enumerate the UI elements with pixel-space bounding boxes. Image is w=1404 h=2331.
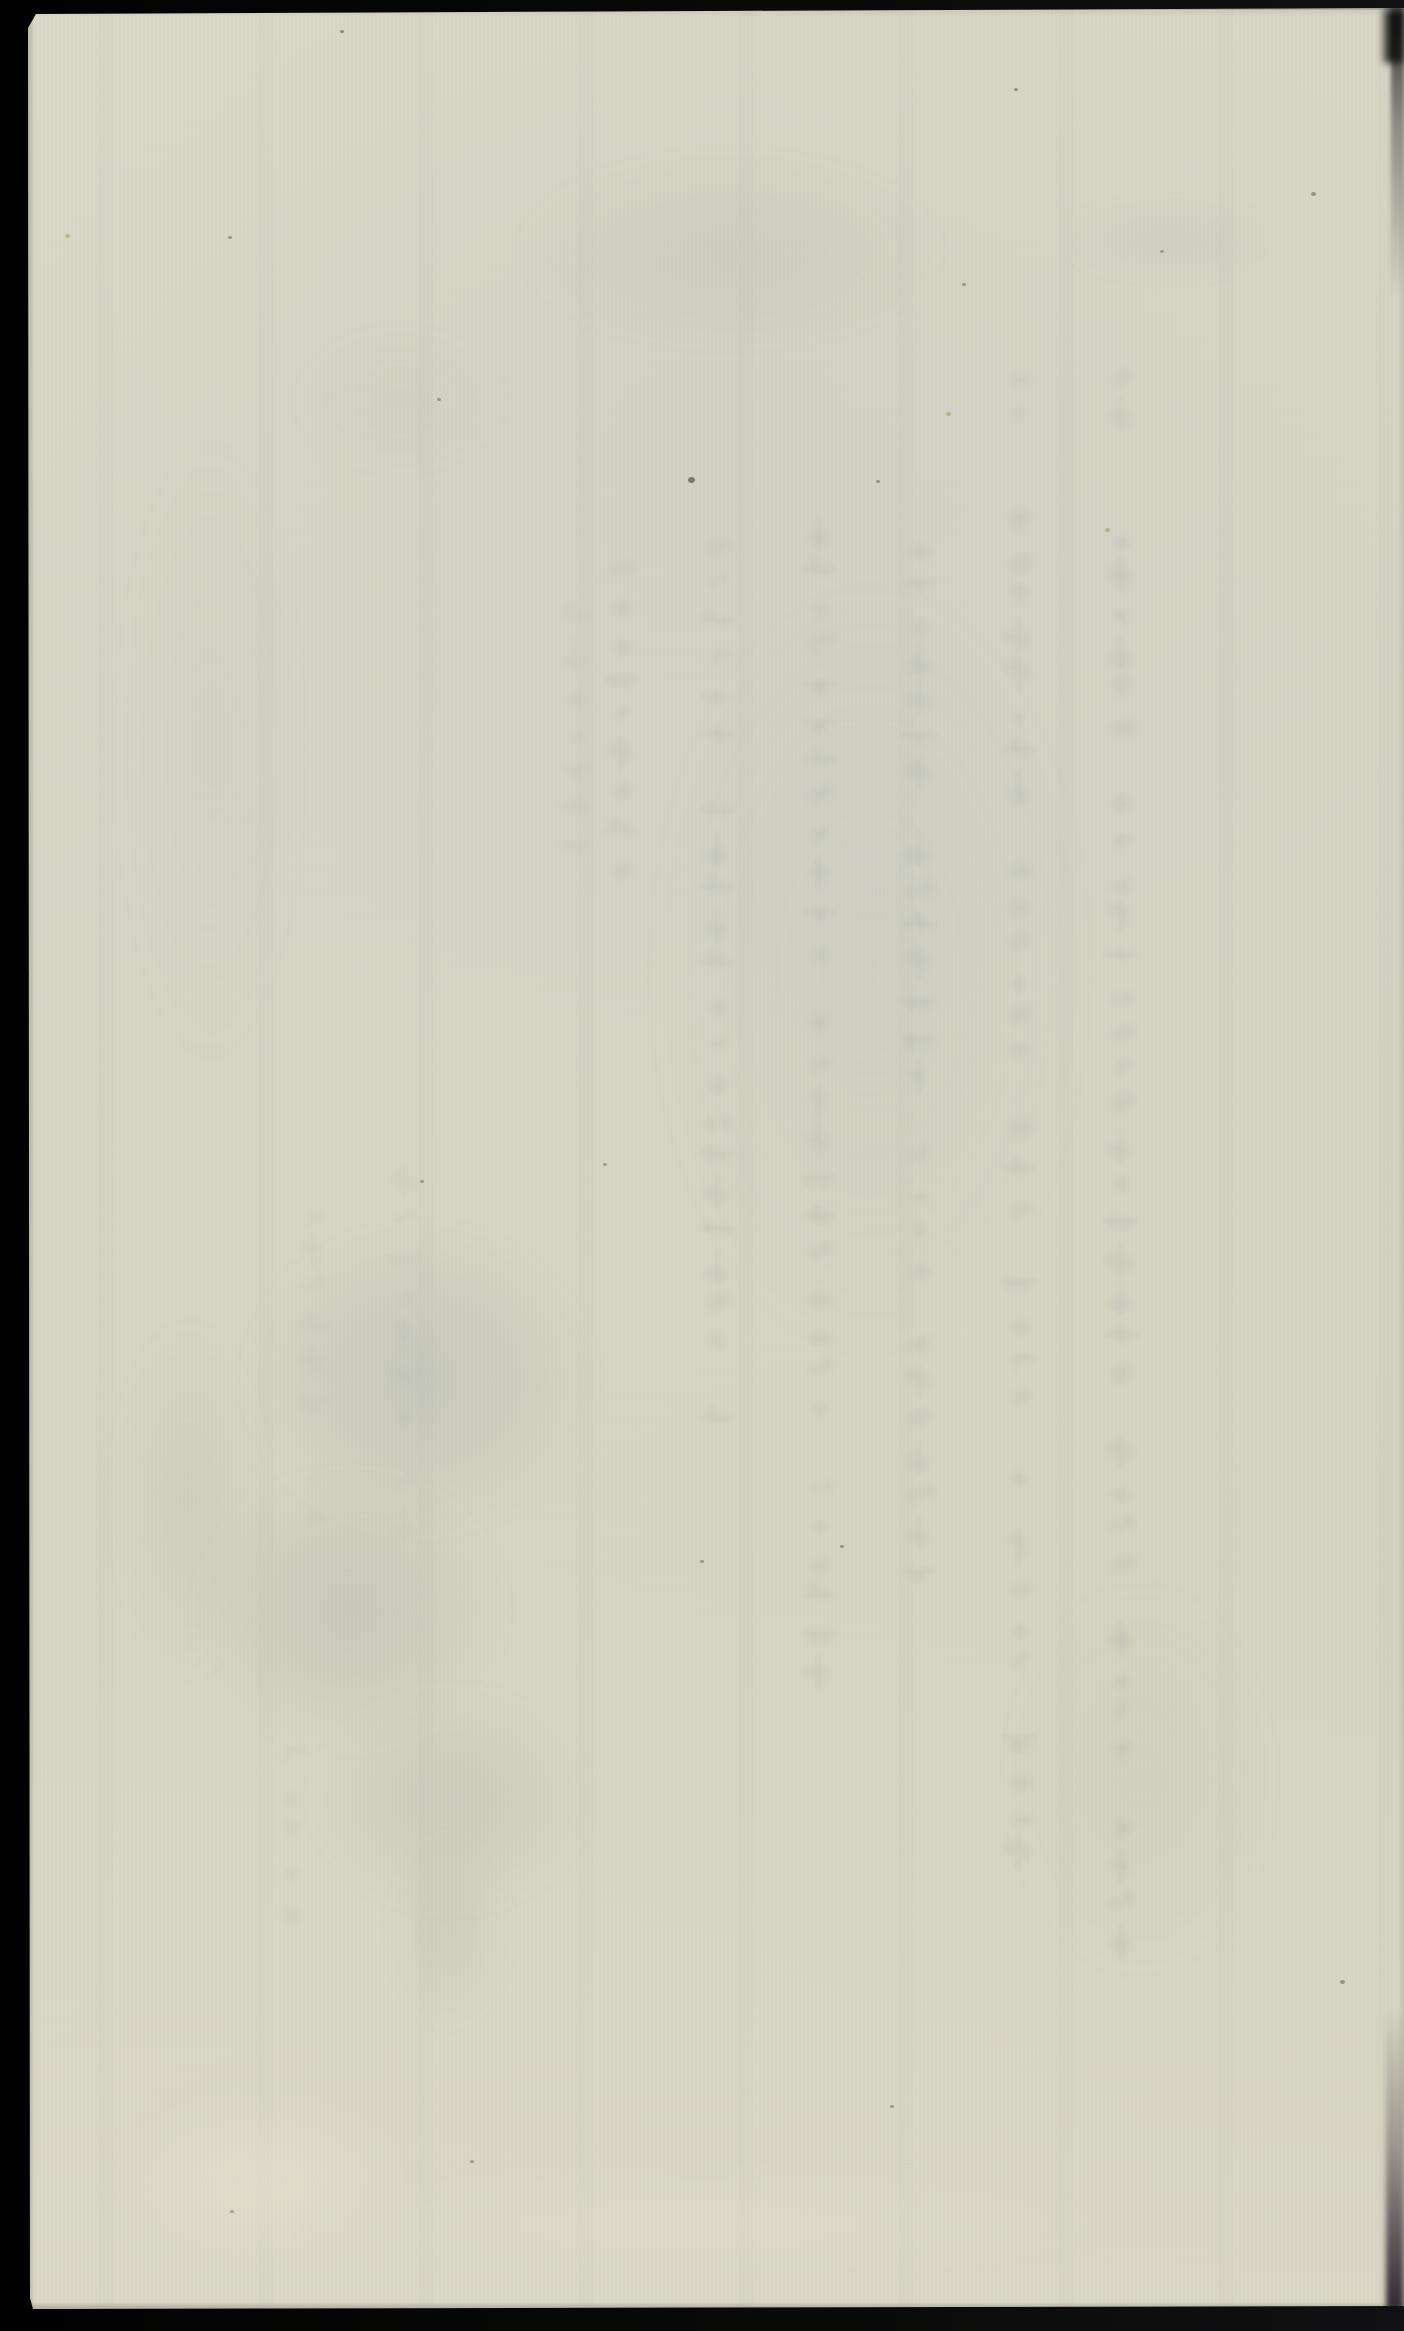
paper-speck [230, 2210, 234, 2213]
paper-speck [962, 283, 966, 286]
paper-speck [603, 1163, 607, 1166]
scanner-bed-background: Blank verso page of an old Chinese block… [0, 0, 1404, 2331]
paper-speck [688, 477, 695, 483]
paper-speck [65, 234, 70, 238]
paper-speck [1014, 88, 1018, 91]
paper-speck [1160, 250, 1164, 253]
paper-speck [1105, 528, 1110, 532]
paper-speck [437, 398, 441, 401]
paper-speck [946, 412, 951, 416]
paper-speck [700, 1560, 704, 1563]
book-page: Blank verso page of an old Chinese block… [27, 8, 1404, 2310]
paper-speck [876, 480, 880, 483]
paper-speck [470, 2160, 474, 2163]
paper-speck [890, 2105, 894, 2108]
speck-layer [27, 8, 1404, 2310]
paper-speck [1311, 192, 1316, 196]
paper-speck [1340, 1980, 1345, 1984]
paper-speck [840, 1545, 844, 1548]
paper-speck [228, 236, 232, 239]
paper-speck [420, 1180, 424, 1183]
paper-speck [340, 30, 344, 33]
